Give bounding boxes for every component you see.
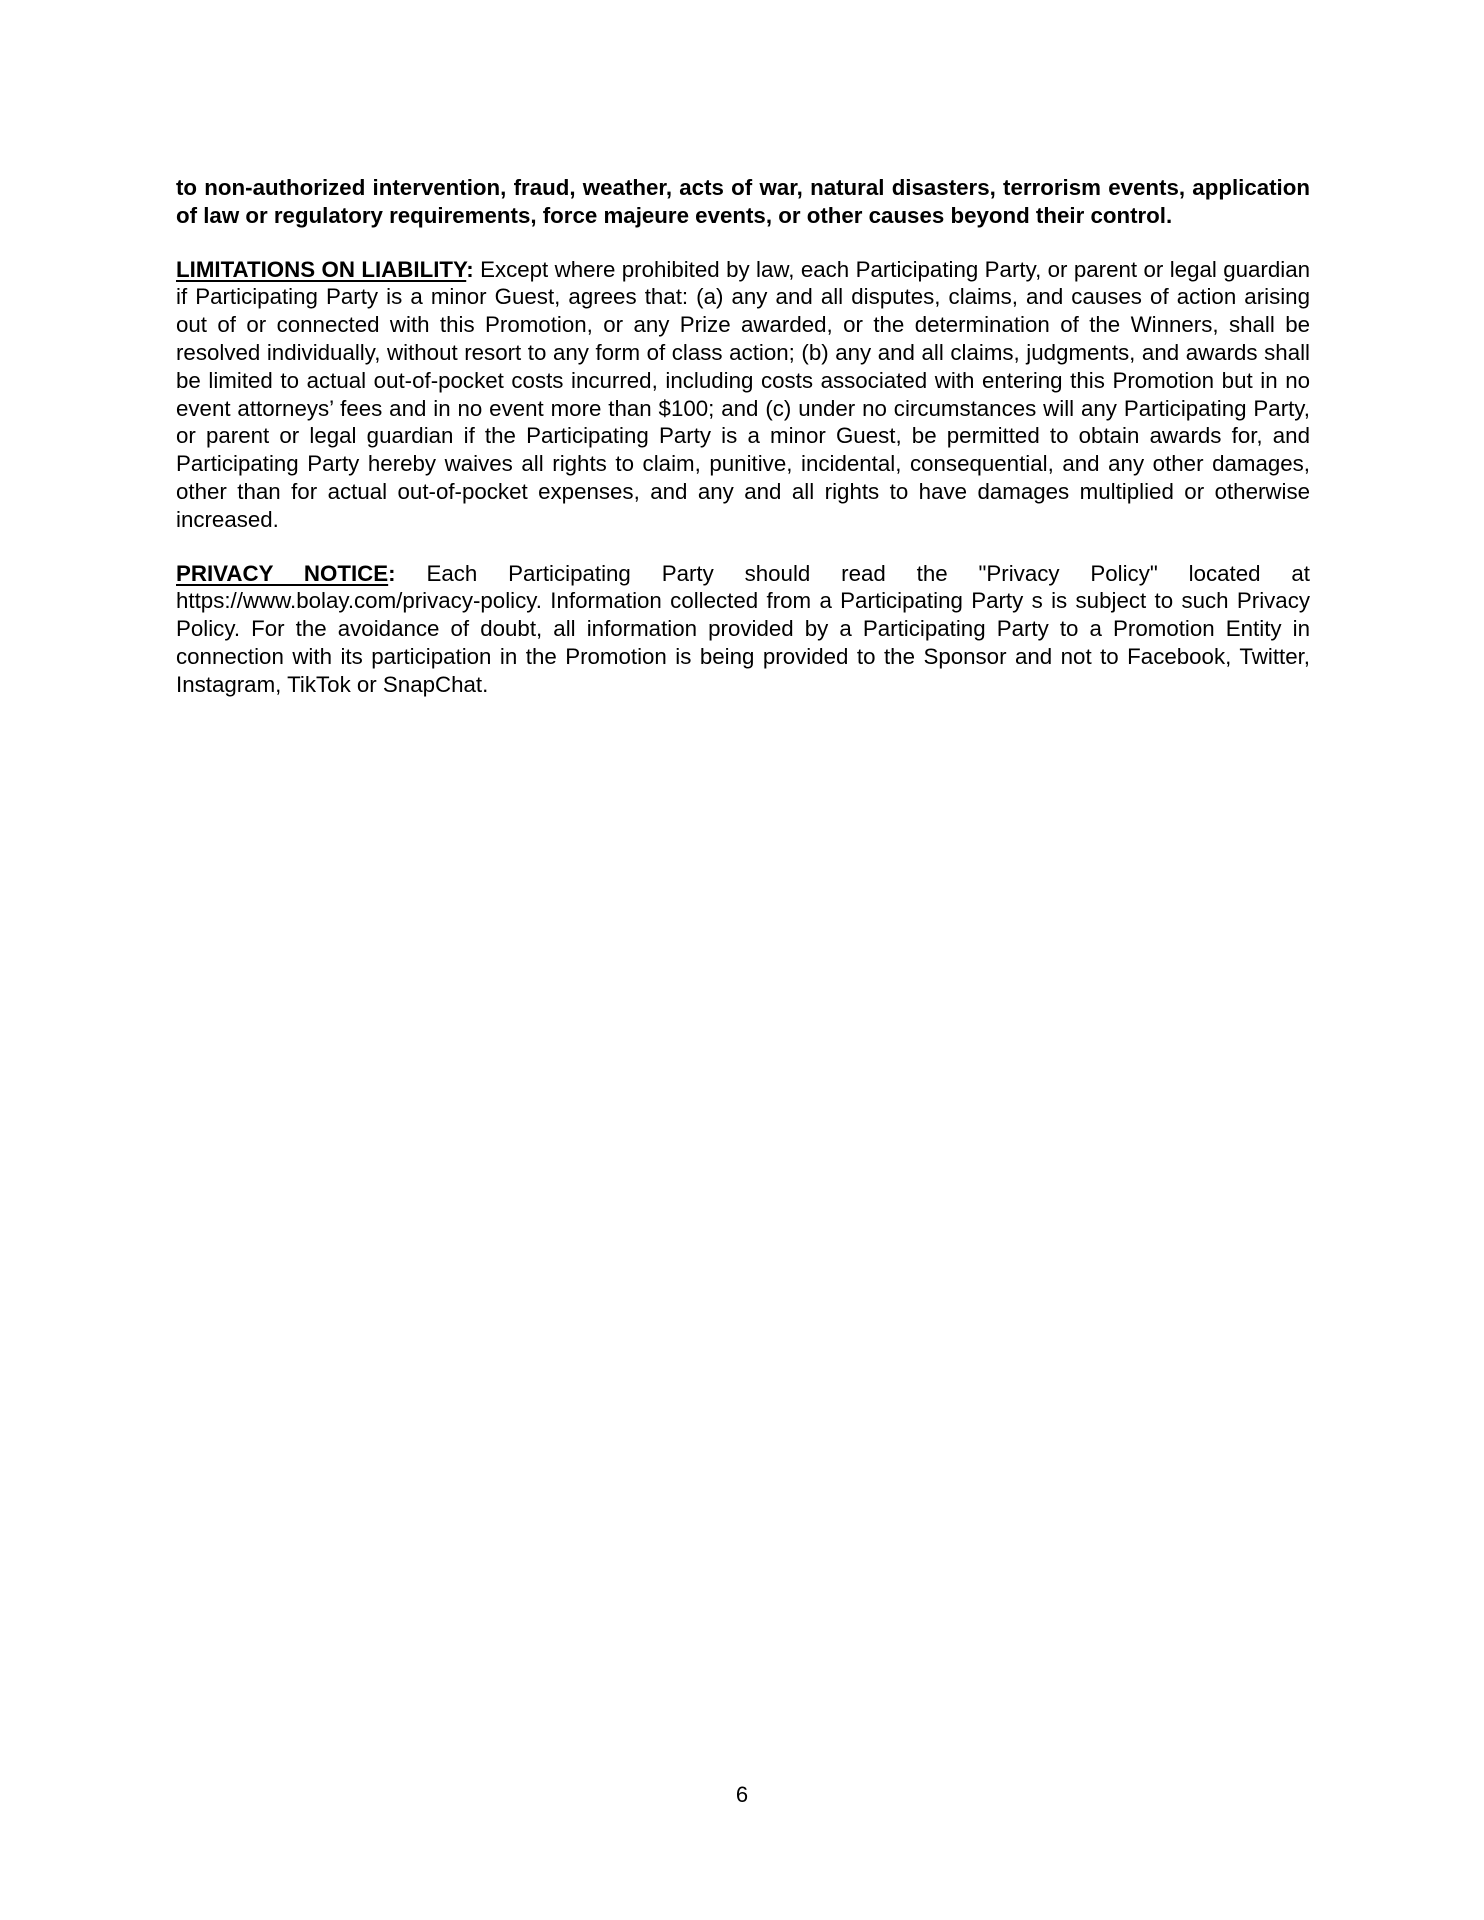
section-heading-colon: : [388,561,395,586]
section-heading-limitations: LIMITATIONS ON LIABILITY: [176,257,474,282]
limitations-body-text: Except where prohibited by law, each Par… [176,257,1310,532]
page-number: 6 [0,1782,1484,1808]
document-page: to non-authorized intervention, fraud, w… [176,174,1310,725]
section-heading-colon: : [466,257,473,282]
paragraph-privacy-notice: PRIVACY NOTICE: Each Participating Party… [176,560,1310,699]
section-heading-limitations-text: LIMITATIONS ON LIABILITY [176,257,466,282]
section-heading-privacy-text: PRIVACY NOTICE [176,561,388,586]
paragraph-limitations-on-liability: LIMITATIONS ON LIABILITY: Except where p… [176,256,1310,534]
section-heading-privacy: PRIVACY NOTICE: [176,561,396,586]
paragraph-force-majeure-continuation: to non-authorized intervention, fraud, w… [176,174,1310,230]
